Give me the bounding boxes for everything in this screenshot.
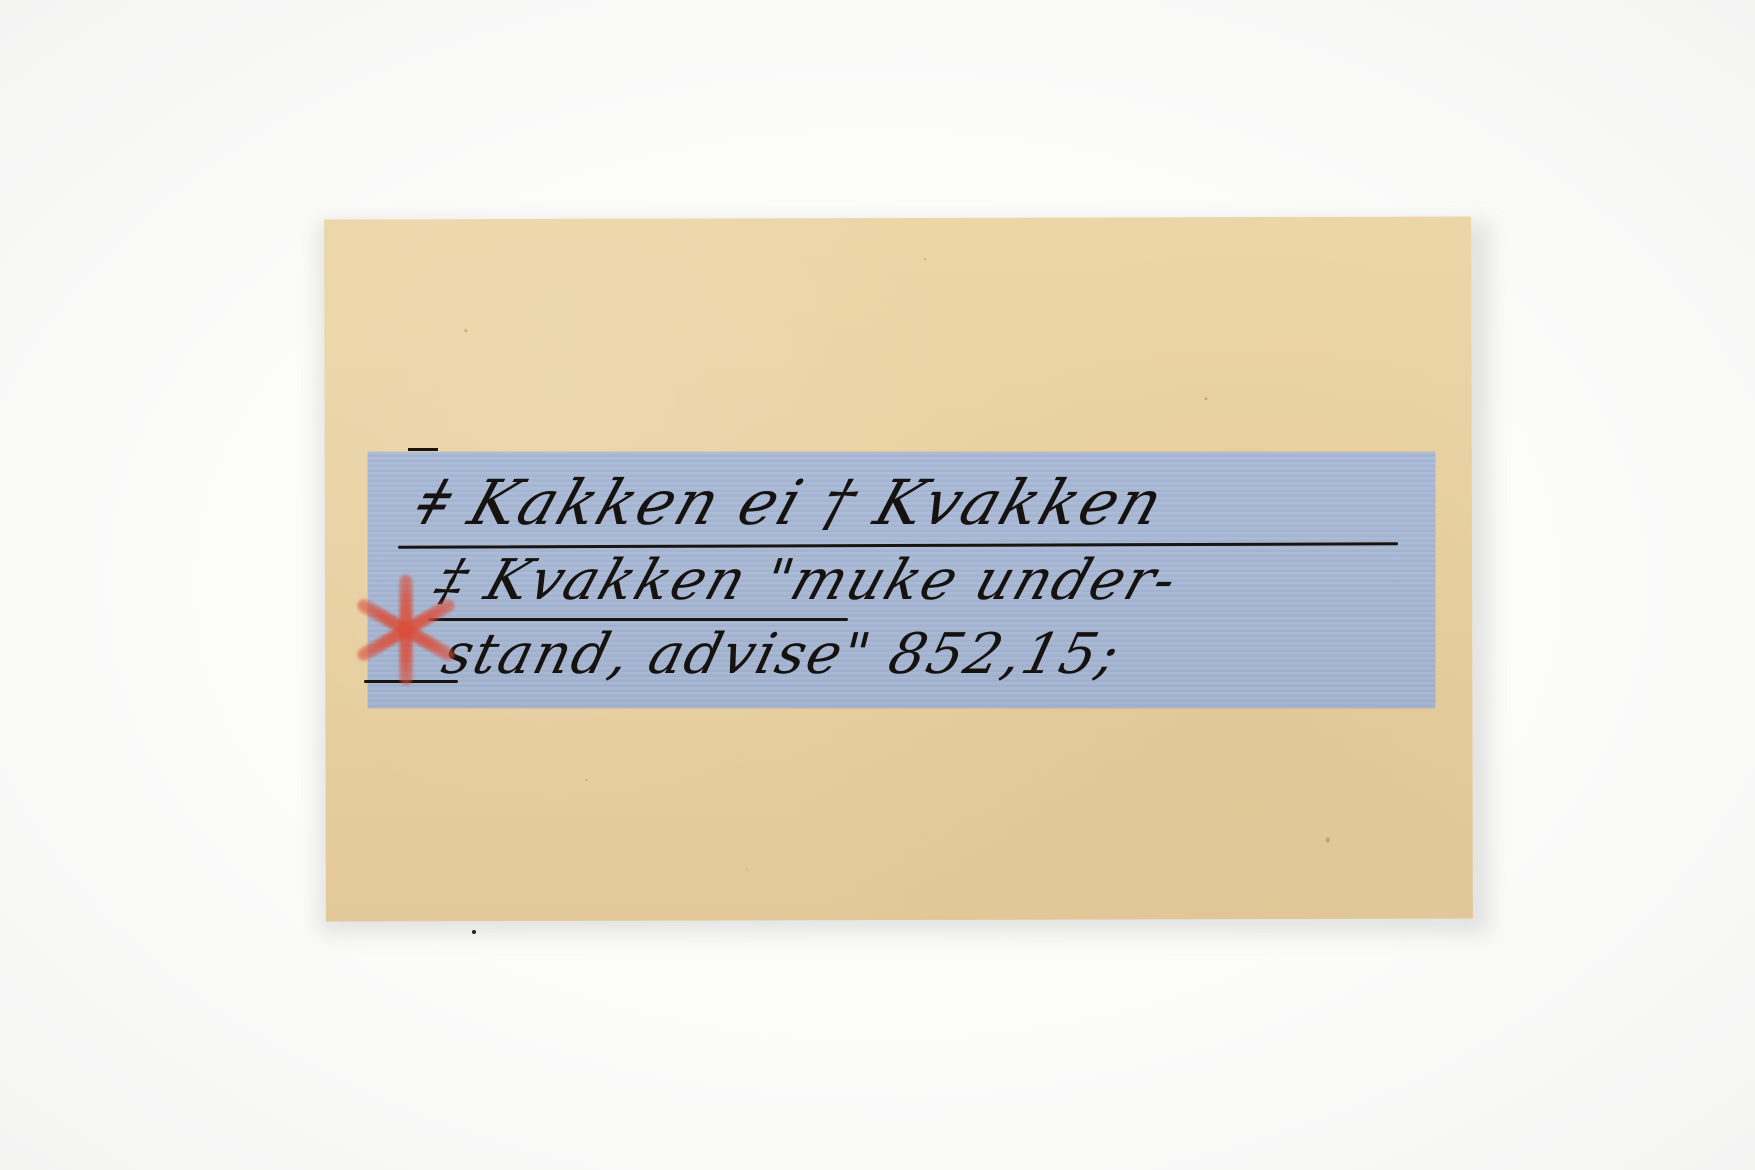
dust-speck xyxy=(472,930,476,934)
paper-speck xyxy=(924,258,926,260)
slip-line-2: ‡ Kvakken "muke under- xyxy=(427,548,1186,613)
paper-speck xyxy=(1326,837,1330,843)
paper-speck xyxy=(464,329,467,332)
underline-rule xyxy=(428,618,848,621)
asterisk-mark-icon xyxy=(346,570,466,690)
paper-speck xyxy=(1205,397,1208,400)
ink-mark xyxy=(408,448,438,451)
slip-line-1: ǂ Kakken ei † Kvakken xyxy=(408,466,1174,539)
paper-speck xyxy=(586,779,588,781)
paper-speck xyxy=(746,868,748,870)
slip-line-3: stand, advise" 852,15; xyxy=(436,622,1127,687)
manuscript-slip: ǂ Kakken ei † Kvakken ‡ Kvakken "muke un… xyxy=(368,452,1435,708)
